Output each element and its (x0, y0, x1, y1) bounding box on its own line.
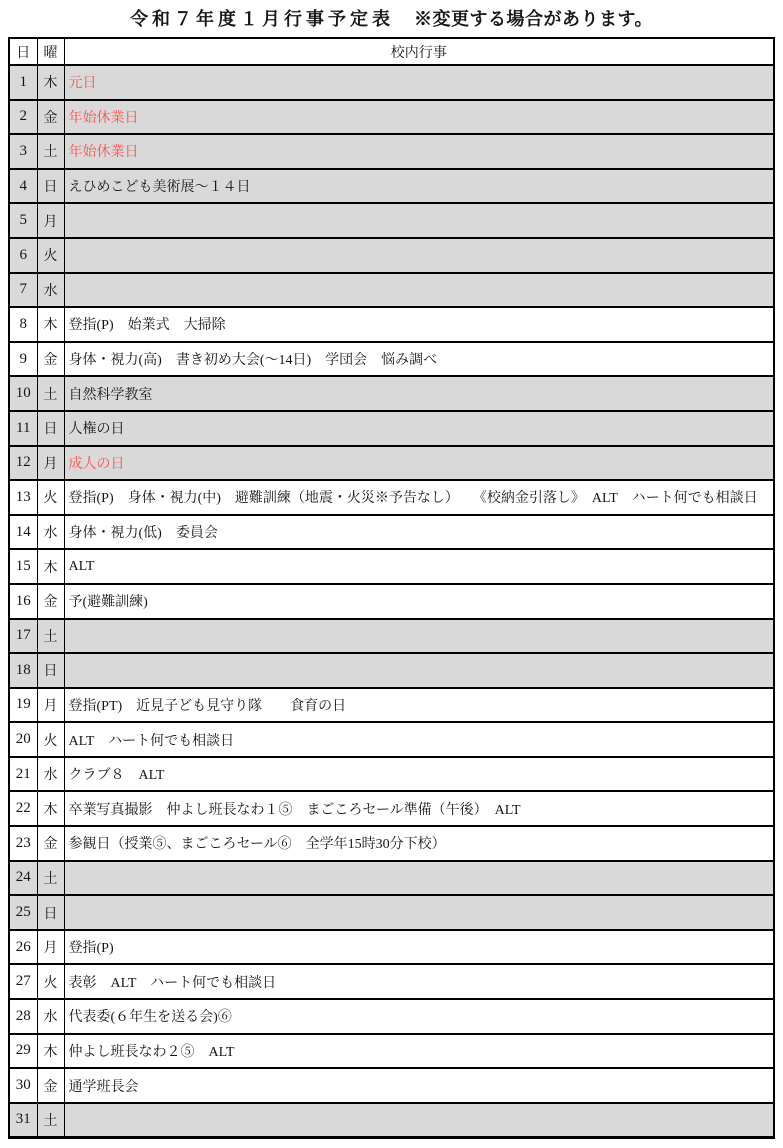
day-cell: 2 (9, 100, 37, 135)
weekday-cell: 火 (37, 722, 64, 757)
weekday-cell: 金 (37, 1068, 64, 1103)
day-cell: 7 (9, 273, 37, 308)
weekday-cell: 土 (37, 134, 64, 169)
title-main: 令和７年度１月行事予定表 (130, 7, 394, 32)
table-row: 13火登指(P) 身体・視力(中) 避難訓練（地震・火災※予告なし） 《校納金引… (9, 480, 774, 515)
table-row: 9金身体・視力(高) 書き初め大会(～14日) 学団会 悩み調べ (9, 342, 774, 377)
event-cell: 予(避難訓練) (64, 584, 774, 619)
table-row: 2金年始休業日 (9, 100, 774, 135)
event-cell: 登指(P) 身体・視力(中) 避難訓練（地震・火災※予告なし） 《校納金引落し》… (64, 480, 774, 515)
weekday-cell: 土 (37, 861, 64, 896)
day-cell: 26 (9, 930, 37, 965)
table-row: 21水クラブ８ ALT (9, 757, 774, 792)
day-cell: 15 (9, 549, 37, 584)
event-cell: えひめこども美術展～１４日 (64, 169, 774, 204)
event-cell (64, 895, 774, 930)
day-cell: 31 (9, 1103, 37, 1138)
table-row: 5月 (9, 203, 774, 238)
weekday-cell: 月 (37, 930, 64, 965)
weekday-cell: 土 (37, 376, 64, 411)
day-cell: 20 (9, 722, 37, 757)
day-cell: 21 (9, 757, 37, 792)
event-cell: 身体・視力(高) 書き初め大会(～14日) 学団会 悩み調べ (64, 342, 774, 377)
table-row: 27火表彰 ALT ハート何でも相談日 (9, 964, 774, 999)
weekday-cell: 土 (37, 619, 64, 654)
table-row: 29木仲よし班長なわ２⑤ ALT (9, 1034, 774, 1069)
weekday-cell: 木 (37, 65, 64, 100)
weekday-cell: 水 (37, 515, 64, 550)
event-cell: 代表委(６年生を送る会)⑥ (64, 999, 774, 1034)
header-day: 日 (9, 38, 37, 65)
weekday-cell: 金 (37, 342, 64, 377)
event-cell: 登指(P) 始業式 大掃除 (64, 307, 774, 342)
event-cell (64, 273, 774, 308)
weekday-cell: 月 (37, 688, 64, 723)
table-row: 17土 (9, 619, 774, 654)
header-events: 校内行事 (64, 38, 774, 65)
schedule-table: 日 曜 校内行事 1木元日2金年始休業日3土年始休業日4日えひめこども美術展～１… (8, 37, 775, 1139)
header-weekday: 曜 (37, 38, 64, 65)
header-row: 日 曜 校内行事 (9, 38, 774, 65)
weekday-cell: 金 (37, 100, 64, 135)
table-row: 11日人権の日 (9, 411, 774, 446)
table-row: 3土年始休業日 (9, 134, 774, 169)
table-row: 12月成人の日 (9, 446, 774, 481)
day-cell: 30 (9, 1068, 37, 1103)
weekday-cell: 日 (37, 895, 64, 930)
event-cell: ALT ハート何でも相談日 (64, 722, 774, 757)
table-row: 15木ALT (9, 549, 774, 584)
table-row: 23金参観日（授業⑤、まごころセール⑥ 全学年15時30分下校） (9, 826, 774, 861)
event-cell: クラブ８ ALT (64, 757, 774, 792)
day-cell: 28 (9, 999, 37, 1034)
day-cell: 14 (9, 515, 37, 550)
day-cell: 11 (9, 411, 37, 446)
event-cell (64, 653, 774, 688)
weekday-cell: 月 (37, 203, 64, 238)
page-title: 令和７年度１月行事予定表 ※変更する場合があります。 (0, 7, 783, 32)
event-cell: 人権の日 (64, 411, 774, 446)
event-cell: 仲よし班長なわ２⑤ ALT (64, 1034, 774, 1069)
weekday-cell: 日 (37, 169, 64, 204)
event-cell (64, 1103, 774, 1138)
day-cell: 8 (9, 307, 37, 342)
event-cell: 表彰 ALT ハート何でも相談日 (64, 964, 774, 999)
event-cell: 成人の日 (64, 446, 774, 481)
event-cell (64, 203, 774, 238)
day-cell: 22 (9, 791, 37, 826)
day-cell: 6 (9, 238, 37, 273)
day-cell: 25 (9, 895, 37, 930)
table-row: 22木卒業写真撮影 仲よし班長なわ１⑤ まごころセール準備（午後） ALT (9, 791, 774, 826)
table-row: 26月登指(P) (9, 930, 774, 965)
event-cell (64, 238, 774, 273)
table-row: 8木登指(P) 始業式 大掃除 (9, 307, 774, 342)
event-cell: ALT (64, 549, 774, 584)
table-row: 10土自然科学教室 (9, 376, 774, 411)
event-cell: 年始休業日 (64, 134, 774, 169)
table-row: 30金通学班長会 (9, 1068, 774, 1103)
event-cell: 身体・視力(低) 委員会 (64, 515, 774, 550)
weekday-cell: 金 (37, 584, 64, 619)
schedule-page: 令和７年度１月行事予定表 ※変更する場合があります。 日 曜 校内行事 1木元日… (0, 7, 783, 1139)
weekday-cell: 木 (37, 307, 64, 342)
table-row: 1木元日 (9, 65, 774, 100)
calendar-body: 1木元日2金年始休業日3土年始休業日4日えひめこども美術展～１４日5月6火7水8… (9, 65, 774, 1137)
weekday-cell: 水 (37, 273, 64, 308)
day-cell: 5 (9, 203, 37, 238)
table-row: 16金予(避難訓練) (9, 584, 774, 619)
day-cell: 24 (9, 861, 37, 896)
event-cell: 年始休業日 (64, 100, 774, 135)
table-row: 6火 (9, 238, 774, 273)
event-cell: 登指(P) (64, 930, 774, 965)
event-cell: 自然科学教室 (64, 376, 774, 411)
weekday-cell: 火 (37, 480, 64, 515)
title-note: ※変更する場合があります。 (414, 7, 653, 32)
day-cell: 18 (9, 653, 37, 688)
day-cell: 27 (9, 964, 37, 999)
event-cell: 登指(PT) 近見子ども見守り隊 食育の日 (64, 688, 774, 723)
weekday-cell: 水 (37, 999, 64, 1034)
weekday-cell: 木 (37, 549, 64, 584)
event-cell: 元日 (64, 65, 774, 100)
table-row: 14水身体・視力(低) 委員会 (9, 515, 774, 550)
table-row: 28水代表委(６年生を送る会)⑥ (9, 999, 774, 1034)
event-cell (64, 861, 774, 896)
weekday-cell: 月 (37, 446, 64, 481)
weekday-cell: 火 (37, 238, 64, 273)
weekday-cell: 金 (37, 826, 64, 861)
day-cell: 19 (9, 688, 37, 723)
weekday-cell: 水 (37, 757, 64, 792)
day-cell: 1 (9, 65, 37, 100)
day-cell: 12 (9, 446, 37, 481)
table-row: 25日 (9, 895, 774, 930)
weekday-cell: 日 (37, 411, 64, 446)
day-cell: 4 (9, 169, 37, 204)
weekday-cell: 土 (37, 1103, 64, 1138)
table-row: 7水 (9, 273, 774, 308)
day-cell: 10 (9, 376, 37, 411)
day-cell: 29 (9, 1034, 37, 1069)
weekday-cell: 火 (37, 964, 64, 999)
day-cell: 3 (9, 134, 37, 169)
event-cell: 通学班長会 (64, 1068, 774, 1103)
table-row: 31土 (9, 1103, 774, 1138)
table-row: 24土 (9, 861, 774, 896)
table-row: 18日 (9, 653, 774, 688)
table-row: 20火ALT ハート何でも相談日 (9, 722, 774, 757)
day-cell: 9 (9, 342, 37, 377)
table-row: 4日えひめこども美術展～１４日 (9, 169, 774, 204)
weekday-cell: 日 (37, 653, 64, 688)
weekday-cell: 木 (37, 1034, 64, 1069)
weekday-cell: 木 (37, 791, 64, 826)
table-row: 19月登指(PT) 近見子ども見守り隊 食育の日 (9, 688, 774, 723)
day-cell: 16 (9, 584, 37, 619)
day-cell: 23 (9, 826, 37, 861)
day-cell: 13 (9, 480, 37, 515)
event-cell: 卒業写真撮影 仲よし班長なわ１⑤ まごころセール準備（午後） ALT (64, 791, 774, 826)
day-cell: 17 (9, 619, 37, 654)
event-cell: 参観日（授業⑤、まごころセール⑥ 全学年15時30分下校） (64, 826, 774, 861)
event-cell (64, 619, 774, 654)
